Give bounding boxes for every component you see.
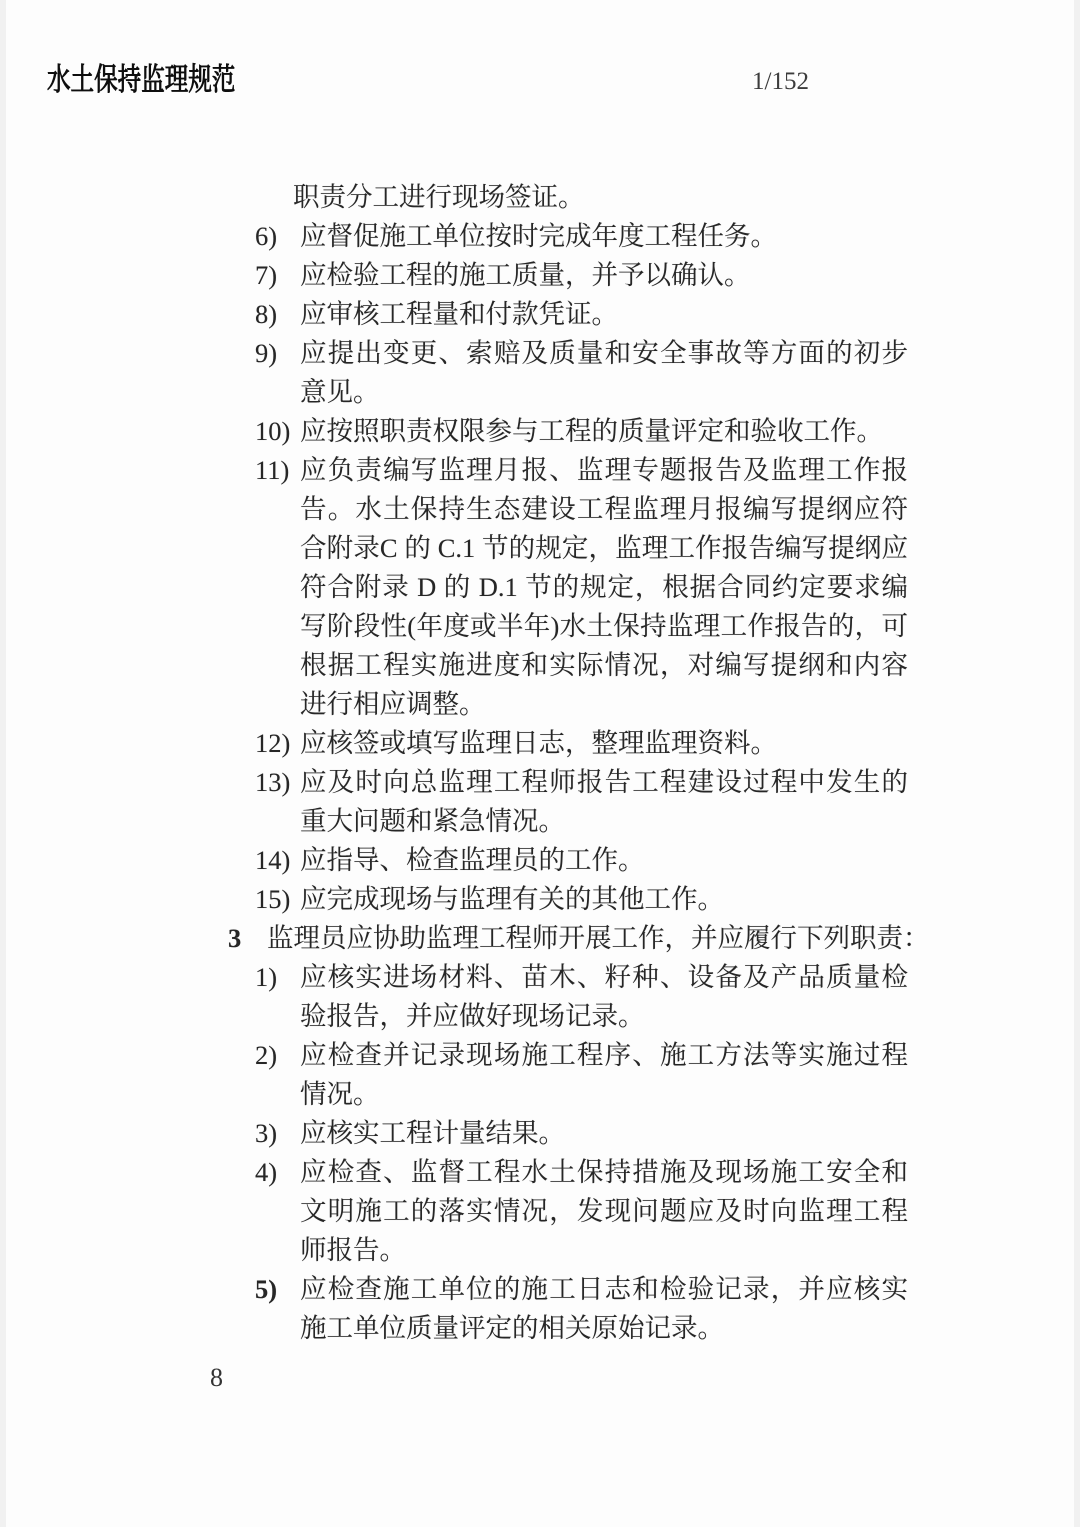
item-text: 应提出变更、索赔及质量和安全事故等方面的初步意见。 [300,334,908,412]
item-text: 应核实进场材料、苗木、籽种、设备及产品质量检验报告，并应做好现场记录。 [300,958,908,1036]
item-number: 4) [255,1153,300,1270]
item-text: 应检验工程的施工质量，并予以确认。 [300,256,908,295]
item-text: 应检查施工单位的施工日志和检验记录，并应核实施工单位质量评定的相关原始记录。 [300,1270,908,1348]
item-text: 应指导、检查监理员的工作。 [300,841,908,880]
list-item: 10) 应按照职责权限参与工程的质量评定和验收工作。 [255,412,1080,451]
list-item: 11) 应负责编写监理月报、监理专题报告及监理工作报告。水土保持生态建设工程监理… [255,451,1080,724]
item-number: 13) [255,763,300,841]
item-text: 应完成现场与监理有关的其他工作。 [300,880,908,919]
list-item: 2) 应检查并记录现场施工程序、施工方法等实施过程情况。 [255,1036,1080,1114]
list-item: 7) 应检验工程的施工质量，并予以确认。 [255,256,1080,295]
item-text: 应按照职责权限参与工程的质量评定和验收工作。 [300,412,908,451]
list-item: 5) 应检查施工单位的施工日志和检验记录，并应核实施工单位质量评定的相关原始记录… [255,1270,1080,1348]
item-text: 应检查并记录现场施工程序、施工方法等实施过程情况。 [300,1036,908,1114]
item-number: 1) [255,958,300,1036]
item-text: 应核实工程计量结果。 [300,1114,908,1153]
item-text: 应负责编写监理月报、监理专题报告及监理工作报告。水土保持生态建设工程监理月报编写… [300,451,908,724]
item-text: 应审核工程量和付款凭证。 [300,295,908,334]
document-page: 水土保持监理规范 1/152 职责分工进行现场签证。 6) 应督促施工单位按时完… [0,0,1080,1527]
item-number: 12) [255,724,300,763]
section-heading: 3 监理员应协助监理工程师开展工作，并应履行下列职责： [228,919,1080,958]
list-item: 3) 应核实工程计量结果。 [255,1114,1080,1153]
list-item: 6) 应督促施工单位按时完成年度工程任务。 [255,217,1080,256]
item-number: 3) [255,1114,300,1153]
item-number: 10) [255,412,300,451]
list-item: 14) 应指导、检查监理员的工作。 [255,841,1080,880]
item-number: 5) [255,1270,300,1348]
list-item: 4) 应检查、监督工程水土保持措施及现场施工安全和文明施工的落实情况，发现问题应… [255,1153,1080,1270]
section-text: 监理员应协助监理工程师开展工作，并应履行下列职责： [267,919,930,958]
document-title: 水土保持监理规范 [47,62,235,98]
item-number: 14) [255,841,300,880]
page-indicator: 1/152 [752,68,809,96]
list-item: 8) 应审核工程量和付款凭证。 [255,295,1080,334]
item-number: 9) [255,334,300,412]
item-text: 应核签或填写监理日志，整理监理资料。 [300,724,908,763]
list-item: 13) 应及时向总监理工程师报告工程建设过程中发生的重大问题和紧急情况。 [255,763,1080,841]
list-item: 9) 应提出变更、索赔及质量和安全事故等方面的初步意见。 [255,334,1080,412]
item-text: 应检查、监督工程水土保持措施及现场施工安全和文明施工的落实情况，发现问题应及时向… [300,1153,908,1270]
list-item: 15) 应完成现场与监理有关的其他工作。 [255,880,1080,919]
item-text: 应督促施工单位按时完成年度工程任务。 [300,217,908,256]
item-number: 11) [255,451,300,724]
item-number: 6) [255,217,300,256]
section-number: 3 [228,919,267,958]
item-number: 7) [255,256,300,295]
continuation-line: 职责分工进行现场签证。 [293,178,933,217]
item-number: 15) [255,880,300,919]
footer-page-number: 8 [210,1358,223,1397]
list-item: 12) 应核签或填写监理日志，整理监理资料。 [255,724,1080,763]
item-number: 8) [255,295,300,334]
page-body: 职责分工进行现场签证。 6) 应督促施工单位按时完成年度工程任务。 7) 应检验… [0,178,1080,1348]
list-item: 1) 应核实进场材料、苗木、籽种、设备及产品质量检验报告，并应做好现场记录。 [255,958,1080,1036]
item-number: 2) [255,1036,300,1114]
item-text: 应及时向总监理工程师报告工程建设过程中发生的重大问题和紧急情况。 [300,763,908,841]
